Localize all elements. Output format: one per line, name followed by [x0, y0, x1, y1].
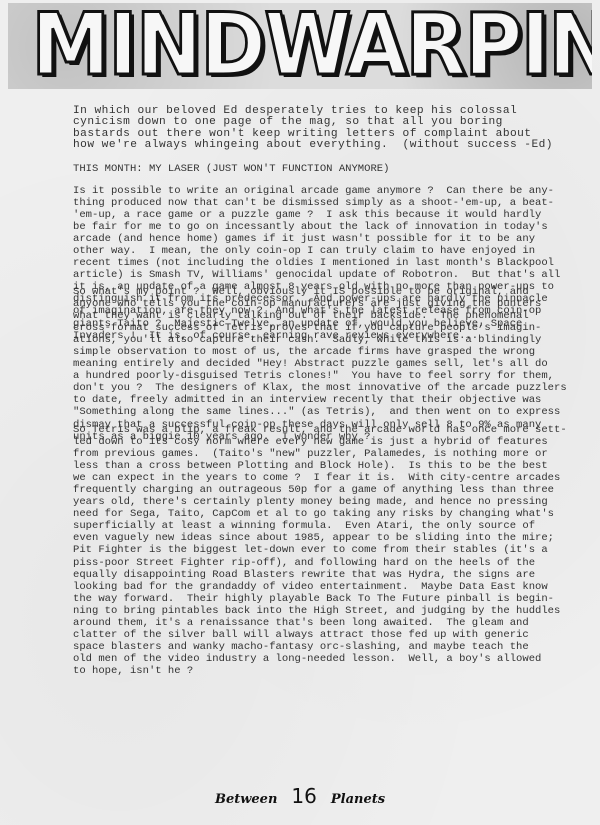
footer-left-text: Between [215, 792, 277, 807]
page-footer: Between16Planets [0, 784, 600, 808]
masthead-title: MINDWARPING [31, 3, 568, 89]
page-number: 16 [291, 784, 316, 808]
footer-right-text: Planets [331, 792, 385, 807]
intro-blurb: In which our beloved Ed desperately trie… [73, 106, 583, 152]
paragraph-3: So Tetris was a blip, a freak result, an… [73, 424, 583, 677]
magazine-page: MINDWARPING In which our beloved Ed desp… [0, 0, 600, 825]
column-heading: THIS MONTH: MY LASER (JUST WON'T FUNCTIO… [73, 163, 583, 175]
masthead-banner: MINDWARPING [8, 3, 592, 89]
paragraph-2: So what's my point ? Well, obviously it … [73, 286, 583, 443]
